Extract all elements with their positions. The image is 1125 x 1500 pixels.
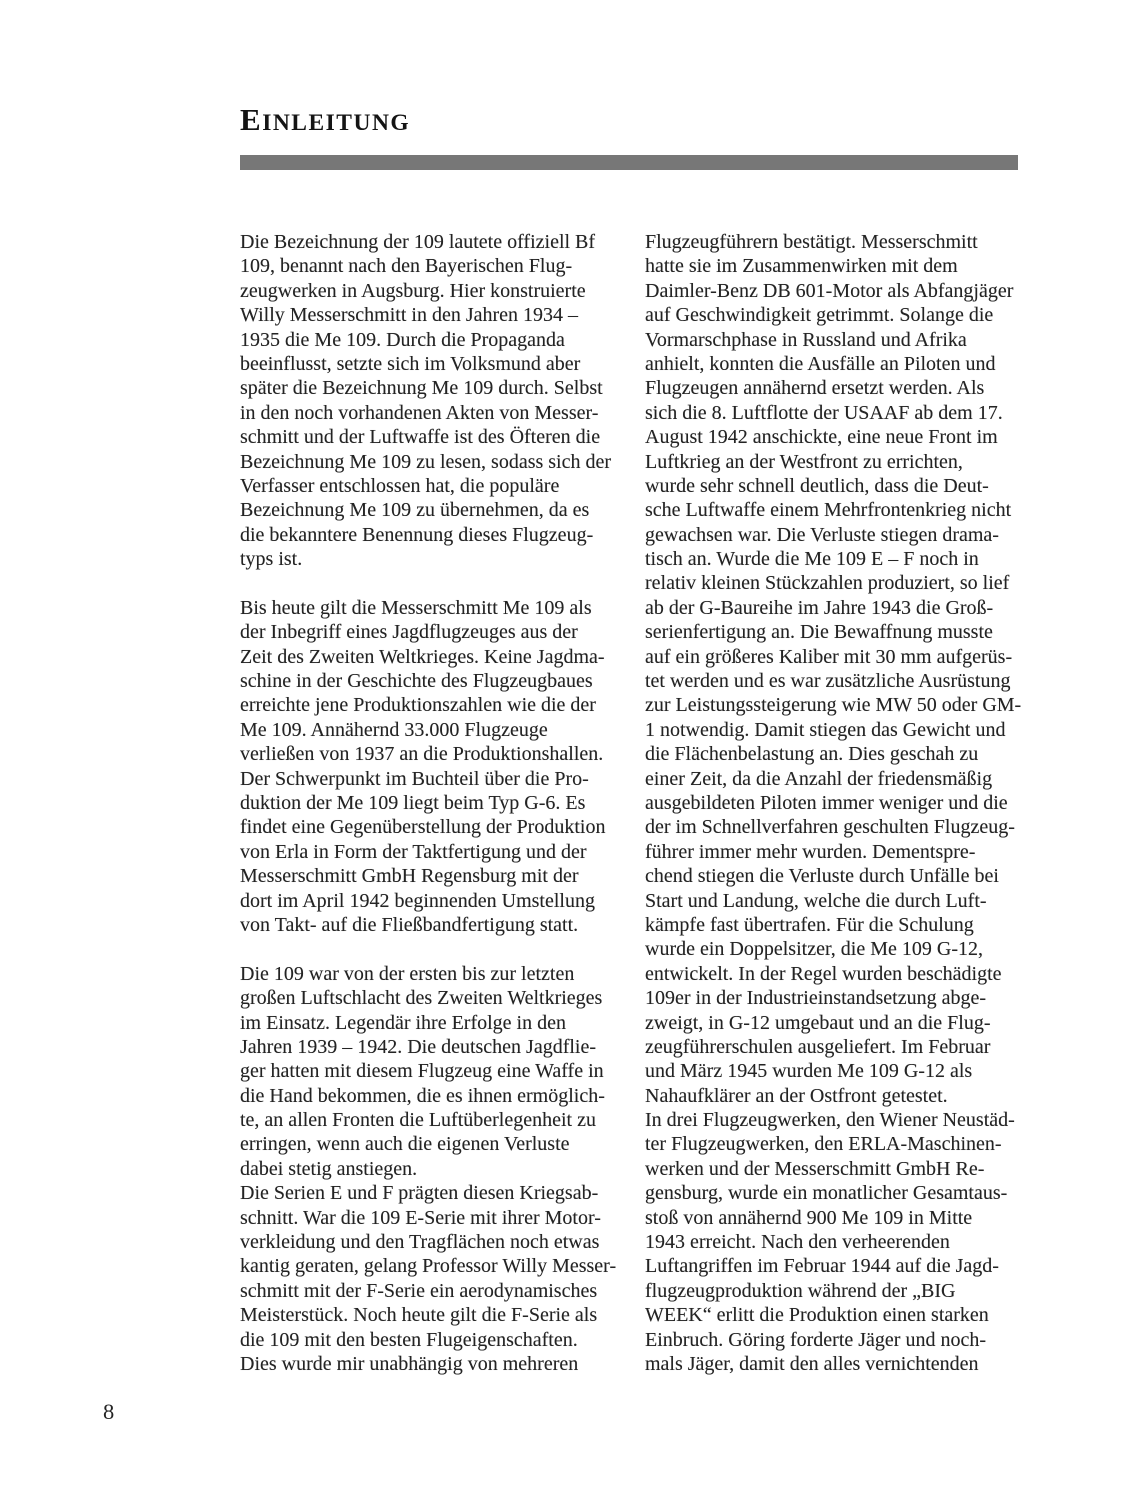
text-line: wurde sehr schnell deutlich, dass die De… — [645, 474, 1020, 498]
text-line: dabei stetig anstiegen. — [240, 1157, 615, 1181]
text-line: gensburg, wurde ein monatlicher Gesamtau… — [645, 1181, 1020, 1205]
text-line: Start und Landung, welche die durch Luft… — [645, 889, 1020, 913]
text-line: Die Serien E und F prägten diesen Kriegs… — [240, 1181, 615, 1205]
text-line: Meisterstück. Noch heute gilt die F-Seri… — [240, 1303, 615, 1327]
text-line: erringen, wenn auch die eigenen Verluste — [240, 1132, 615, 1156]
text-line: später die Bezeichnung Me 109 durch. Sel… — [240, 376, 615, 400]
text-line: werken und der Messerschmitt GmbH Re- — [645, 1157, 1020, 1181]
text-line: Luftkrieg an der Westfront zu errichten, — [645, 450, 1020, 474]
text-line: von Takt- auf die Fließbandfertigung sta… — [240, 913, 615, 937]
text-line: Me 109. Annähernd 33.000 Flugzeuge — [240, 718, 615, 742]
text-line: die 109 mit den besten Flugeigenschaften… — [240, 1328, 615, 1352]
text-line: 1943 erreicht. Nach den verheerenden — [645, 1230, 1020, 1254]
page-number: 8 — [103, 1398, 114, 1425]
text-column-left: Die Bezeichnung der 109 lautete offiziel… — [240, 230, 615, 1376]
text-line: Dies wurde mir unabhängig von mehreren — [240, 1352, 615, 1376]
text-line: chend stiegen die Verluste durch Unfälle… — [645, 864, 1020, 888]
text-line: 109, benannt nach den Bayerischen Flug- — [240, 254, 615, 278]
text-line: Willy Messerschmitt in den Jahren 1934 – — [240, 303, 615, 327]
text-column-right: Flugzeugführern bestätigt. Messerschmitt… — [645, 230, 1020, 1376]
text-line: Nahaufklärer an der Ostfront getestet. — [645, 1084, 1020, 1108]
text-line: dort im April 1942 beginnenden Umstellun… — [240, 889, 615, 913]
text-line: gewachsen war. Die Verluste stiegen dram… — [645, 523, 1020, 547]
book-page: EINLEITUNG Die Bezeichnung der 109 laute… — [0, 0, 1125, 1500]
text-line: die bekanntere Benennung dieses Flugzeug… — [240, 523, 615, 547]
text-line: einer Zeit, da die Anzahl der friedensmä… — [645, 767, 1020, 791]
text-line: der Inbegriff eines Jagdflugzeuges aus d… — [240, 620, 615, 644]
text-line: zeugführerschulen ausgeliefert. Im Febru… — [645, 1035, 1020, 1059]
text-line: Bis heute gilt die Messerschmitt Me 109 … — [240, 596, 615, 620]
text-line: ausgebildeten Piloten immer weniger und … — [645, 791, 1020, 815]
text-line: die Hand bekommen, die es ihnen ermöglic… — [240, 1084, 615, 1108]
text-line: großen Luftschlacht des Zweiten Weltkrie… — [240, 986, 615, 1010]
text-line: zweigt, in G-12 umgebaut und an die Flug… — [645, 1011, 1020, 1035]
text-line: verließen von 1937 an die Produktionshal… — [240, 742, 615, 766]
body-text: Die Bezeichnung der 109 lautete offiziel… — [240, 230, 1020, 1376]
text-line: WEEK“ erlitt die Produktion einen starke… — [645, 1303, 1020, 1327]
text-line: 1 notwendig. Damit stiegen das Gewicht u… — [645, 718, 1020, 742]
text-line: kantig geraten, gelang Professor Willy M… — [240, 1254, 615, 1278]
text-line: ab der G-Baureihe im Jahre 1943 die Groß… — [645, 596, 1020, 620]
text-line: im Einsatz. Legendär ihre Erfolge in den — [240, 1011, 615, 1035]
text-line: die Flächenbelastung an. Dies geschah zu — [645, 742, 1020, 766]
text-line: Bezeichnung Me 109 zu übernehmen, da es — [240, 498, 615, 522]
text-line: Luftangriffen im Februar 1944 auf die Ja… — [645, 1254, 1020, 1278]
text-line: mals Jäger, damit den alles vernichtende… — [645, 1352, 1020, 1376]
text-line: findet eine Gegenüberstellung der Produk… — [240, 815, 615, 839]
text-line: zeugwerken in Augsburg. Hier konstruiert… — [240, 279, 615, 303]
text-line: Die 109 war von der ersten bis zur letzt… — [240, 962, 615, 986]
text-line: schine in der Geschichte des Flugzeugbau… — [240, 669, 615, 693]
text-line: Bezeichnung Me 109 zu lesen, sodass sich… — [240, 450, 615, 474]
text-line: und März 1945 wurden Me 109 G-12 als — [645, 1059, 1020, 1083]
text-line: Die Bezeichnung der 109 lautete offiziel… — [240, 230, 615, 254]
text-line: sche Luftwaffe einem Mehrfrontenkrieg ni… — [645, 498, 1020, 522]
text-line: Zeit des Zweiten Weltkrieges. Keine Jagd… — [240, 645, 615, 669]
text-line: Jahren 1939 – 1942. Die deutschen Jagdfl… — [240, 1035, 615, 1059]
text-line: relativ kleinen Stückzahlen produziert, … — [645, 571, 1020, 595]
text-line: Der Schwerpunkt im Buchteil über die Pro… — [240, 767, 615, 791]
text-line: tet werden und es war zusätzliche Ausrüs… — [645, 669, 1020, 693]
text-line: Einbruch. Göring forderte Jäger und noch… — [645, 1328, 1020, 1352]
text-line: anhielt, konnten die Ausfälle an Piloten… — [645, 352, 1020, 376]
text-line: erreichte jene Produktionszahlen wie die… — [240, 693, 615, 717]
text-line: Flugzeugführern bestätigt. Messerschmitt — [645, 230, 1020, 254]
text-line: in den noch vorhandenen Akten von Messer… — [240, 401, 615, 425]
text-line: wurde ein Doppelsitzer, die Me 109 G-12, — [645, 937, 1020, 961]
text-line: sich die 8. Luftflotte der USAAF ab dem … — [645, 401, 1020, 425]
text-line: typs ist. — [240, 547, 615, 571]
text-line: tisch an. Wurde die Me 109 E – F noch in — [645, 547, 1020, 571]
text-line: führer immer mehr wurden. Dementspre- — [645, 840, 1020, 864]
text-line: stoß von annähernd 900 Me 109 in Mitte — [645, 1206, 1020, 1230]
text-line: der im Schnellverfahren geschulten Flugz… — [645, 815, 1020, 839]
text-line: zur Leistungssteigerung wie MW 50 oder G… — [645, 693, 1020, 717]
text-line: Verfasser entschlossen hat, die populäre — [240, 474, 615, 498]
text-line: Messerschmitt GmbH Regensburg mit der — [240, 864, 615, 888]
text-line: hatte sie im Zusammenwirken mit dem — [645, 254, 1020, 278]
text-line: kämpfe fast übertrafen. Für die Schulung — [645, 913, 1020, 937]
text-line: auf Geschwindigkeit getrimmt. Solange di… — [645, 303, 1020, 327]
text-line: 1935 die Me 109. Durch die Propaganda — [240, 328, 615, 352]
text-line: schmitt und der Luftwaffe ist des Öftere… — [240, 425, 615, 449]
text-line: beeinflusst, setzte sich im Volksmund ab… — [240, 352, 615, 376]
text-line: Flugzeugen annähernd ersetzt werden. Als — [645, 376, 1020, 400]
paragraph-gap — [240, 571, 615, 595]
title-divider-bar — [240, 155, 1018, 170]
paragraph-gap — [240, 937, 615, 961]
text-line: In drei Flugzeugwerken, den Wiener Neust… — [645, 1108, 1020, 1132]
text-line: te, an allen Fronten die Luftüberlegenhe… — [240, 1108, 615, 1132]
text-line: von Erla in Form der Taktfertigung und d… — [240, 840, 615, 864]
text-line: August 1942 anschickte, eine neue Front … — [645, 425, 1020, 449]
text-line: schmitt mit der F-Serie ein aerodynamisc… — [240, 1279, 615, 1303]
text-line: duktion der Me 109 liegt beim Typ G-6. E… — [240, 791, 615, 815]
text-line: ger hatten mit diesem Flugzeug eine Waff… — [240, 1059, 615, 1083]
page-title: EINLEITUNG — [240, 101, 410, 138]
text-line: verkleidung und den Tragflächen noch etw… — [240, 1230, 615, 1254]
text-line: ter Flugzeugwerken, den ERLA-Maschinen- — [645, 1132, 1020, 1156]
text-line: entwickelt. In der Regel wurden beschädi… — [645, 962, 1020, 986]
text-line: Vormarschphase in Russland und Afrika — [645, 328, 1020, 352]
text-line: flugzeugproduktion während der „BIG — [645, 1279, 1020, 1303]
text-line: 109er in der Industrieinstandsetzung abg… — [645, 986, 1020, 1010]
text-line: schnitt. War die 109 E-Serie mit ihrer M… — [240, 1206, 615, 1230]
text-line: auf ein größeres Kaliber mit 30 mm aufge… — [645, 645, 1020, 669]
text-line: Daimler-Benz DB 601-Motor als Abfangjäge… — [645, 279, 1020, 303]
text-line: serienfertigung an. Die Bewaffnung musst… — [645, 620, 1020, 644]
